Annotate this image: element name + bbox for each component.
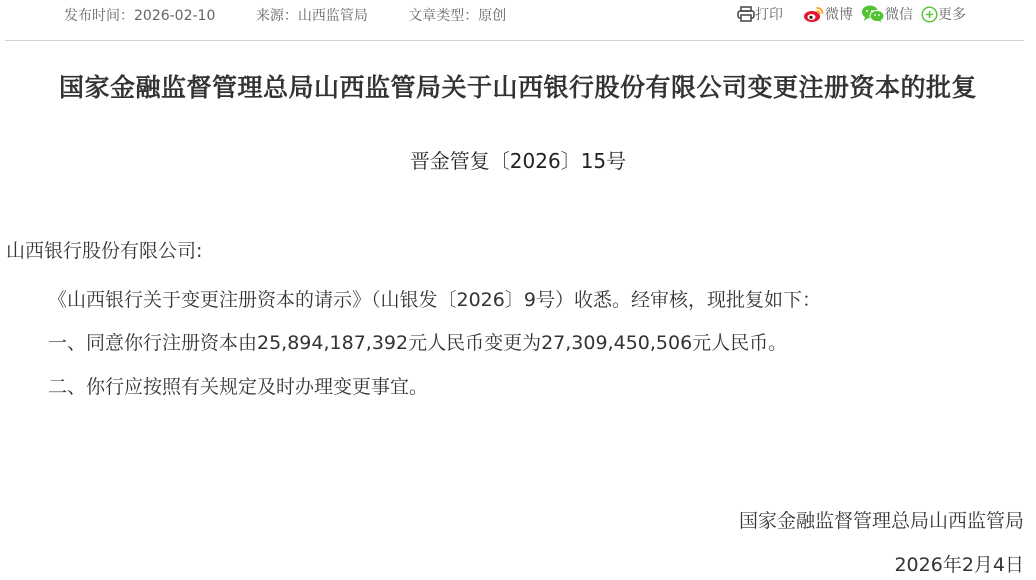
share-more-button[interactable]: 更多 [921, 4, 966, 24]
salutation: 山西银行股份有限公司: [6, 236, 202, 263]
wechat-label: 微信 [885, 4, 913, 24]
print-label: 打印 [755, 4, 783, 24]
publish-time-value: 2026-02-10 [134, 8, 215, 24]
document-title: 国家金融监督管理总局山西监管局关于山西银行股份有限公司变更注册资本的批复 [0, 68, 1036, 104]
share-wechat-button[interactable]: 微信 [861, 4, 913, 24]
article-meta-bar: 发布时间：2026-02-10 来源：山西监管局 文章类型：原创 打印 [0, 0, 1036, 40]
article-type: 文章类型：原创 [408, 8, 506, 24]
paragraph-request-ack: 《山西银行关于变更注册资本的请示》（山银发〔2026〕9号）收悉。经审核，现批复… [48, 285, 821, 312]
paragraph-instructions: 二、你行应按照有关规定及时办理变更事宜。 [48, 372, 428, 399]
publish-time-label: 发布时间： [64, 8, 134, 24]
source-label: 来源： [256, 8, 298, 24]
article-type-value: 原创 [478, 8, 506, 24]
publish-time: 发布时间：2026-02-10 [64, 8, 215, 24]
source: 来源：山西监管局 [256, 8, 368, 24]
print-button[interactable]: 打印 [737, 4, 783, 24]
issue-date: 2026年2月4日 [894, 550, 1024, 577]
share-bar: 打印 微博 [737, 4, 966, 24]
wechat-icon [861, 5, 885, 23]
plus-circle-icon [921, 6, 938, 23]
weibo-icon [803, 5, 825, 23]
article-meta: 发布时间：2026-02-10 来源：山西监管局 文章类型：原创 [64, 5, 542, 25]
source-value: 山西监管局 [298, 8, 368, 24]
more-label: 更多 [938, 4, 966, 24]
weibo-label: 微博 [825, 4, 853, 24]
share-weibo-button[interactable]: 微博 [803, 4, 853, 24]
issuer-signature: 国家金融监督管理总局山西监管局 [739, 506, 1024, 533]
article-type-label: 文章类型： [408, 8, 478, 24]
document-number: 晋金管复〔2026〕15号 [0, 145, 1036, 174]
paragraph-capital-change: 一、同意你行注册资本由25,894,187,392元人民币变更为27,309,4… [48, 328, 787, 355]
printer-icon [737, 6, 755, 22]
header-divider [5, 40, 1024, 41]
